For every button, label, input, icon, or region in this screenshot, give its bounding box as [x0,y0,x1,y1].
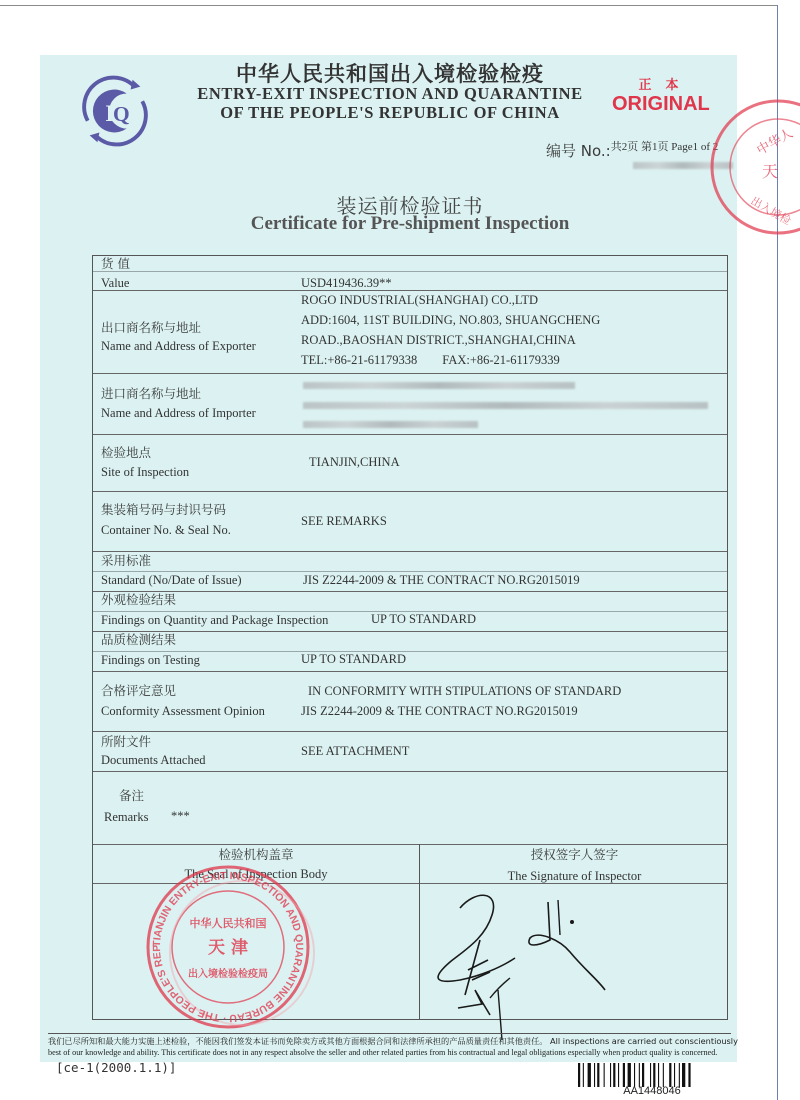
exporter-label-en: Name and Address of Exporter [101,336,256,356]
ciq-logo-icon: I Q [76,72,154,150]
quantity-value: UP TO STANDARD [371,609,476,629]
svg-text:Q: Q [113,102,130,126]
exporter-line-2: ADD:1604, 11ST BUILDING, NO.803, SHUANGC… [301,310,600,330]
certificate-table: 货 值 Value USD419436.39** 出口商名称与地址 Name a… [92,255,728,1020]
seal-label-en: The Seal of Inspection Body [93,864,419,884]
site-value: TIANJIN,CHINA [309,452,400,472]
exporter-line-4: TEL:+86-21-61179338 FAX:+86-21-61179339 [301,350,560,370]
page-edge-top [0,5,778,6]
importer-redacted-line-3 [303,421,478,428]
cert-no-redacted [633,162,733,169]
documents-label-en: Documents Attached [101,750,206,770]
page-info: 共2页 第1页 Page1 of 2 [611,141,719,153]
container-value: SEE REMARKS [301,511,387,531]
cert-no-label: 编号 No.: [546,142,611,160]
footer-rule [48,1033,731,1034]
page-edge-right [777,5,778,1100]
importer-redacted-line-2 [303,402,708,409]
original-mark-en: ORIGINAL [612,93,710,116]
exporter-line-3: ROAD.,BAOSHAN DISTRICT.,SHANGHAI,CHINA [301,330,576,350]
svg-text:中华人: 中华人 [754,125,796,158]
conformity-label-cn: 合格评定意见 [101,681,176,701]
importer-redacted-line-1 [303,382,575,389]
container-label-en: Container No. & Seal No. [101,520,231,540]
conformity-label-en: Conformity Assessment Opinion [101,701,265,721]
certificate-number: 编号 No.:共2页 第1页 Page1 of 2 [546,140,718,161]
remarks-label-en: Remarks [104,807,148,827]
standard-label-en: Standard (No/Date of Issue) [101,570,242,590]
testing-label-cn: 品质检测结果 [101,630,176,650]
quantity-label-cn: 外观检验结果 [101,590,176,610]
svg-text:天: 天 [762,162,778,181]
importer-label-cn: 进口商名称与地址 [101,384,201,404]
exporter-line-1: ROGO INDUSTRIAL(SHANGHAI) CO.,LTD [301,290,538,310]
container-label-cn: 集装箱号码与封识号码 [101,500,226,520]
importer-label-en: Name and Address of Importer [101,403,256,423]
agency-name-en-line2: OF THE PEOPLE'S REPUBLIC OF CHINA [170,103,610,123]
conformity-line-1: IN CONFORMITY WITH STIPULATIONS OF STAND… [308,681,621,701]
site-label-cn: 检验地点 [101,443,151,463]
form-code: [ce-1(2000.1.1)] [56,1060,176,1075]
signature-label-cn: 授权签字人签字 [420,845,729,865]
barcode-icon [578,1063,726,1087]
value-label-cn: 货 值 [101,254,130,274]
standard-label-cn: 采用标准 [101,551,151,571]
value-label-en: Value [101,273,129,293]
disclaimer-line-1: 我们已尽所知和最大能力实施上述检验，不能因我们签发本证书而免除卖方或其他方面根据… [48,1036,738,1047]
remarks-value: *** [171,806,190,826]
documents-label-cn: 所附文件 [101,732,151,752]
testing-value: UP TO STANDARD [301,649,406,669]
seal-label-cn: 检验机构盖章 [93,845,419,865]
original-mark-cn: 正本 [618,74,713,93]
certificate-title-en: Certificate for Pre-shipment Inspection [200,213,620,235]
agency-name-en-line1: ENTRY-EXIT INSPECTION AND QUARANTINE [170,84,610,104]
standard-value: JIS Z2244-2009 & THE CONTRACT NO.RG20150… [303,570,580,590]
exporter-label-cn: 出口商名称与地址 [101,318,201,338]
barcode-number: AA1448046 [578,1085,726,1097]
testing-label-en: Findings on Testing [101,650,200,670]
svg-text:出入境检: 出入境检 [749,193,794,227]
signature-label-en: The Signature of Inspector [420,866,729,886]
conformity-line-2: JIS Z2244-2009 & THE CONTRACT NO.RG20150… [301,701,578,721]
quantity-label-en: Findings on Quantity and Package Inspect… [101,610,328,630]
documents-value: SEE ATTACHMENT [301,741,409,761]
disclaimer-line-2: best of our knowledge and ability. This … [48,1048,738,1057]
site-label-en: Site of Inspection [101,462,189,482]
remarks-label-cn: 备注 [119,786,144,806]
